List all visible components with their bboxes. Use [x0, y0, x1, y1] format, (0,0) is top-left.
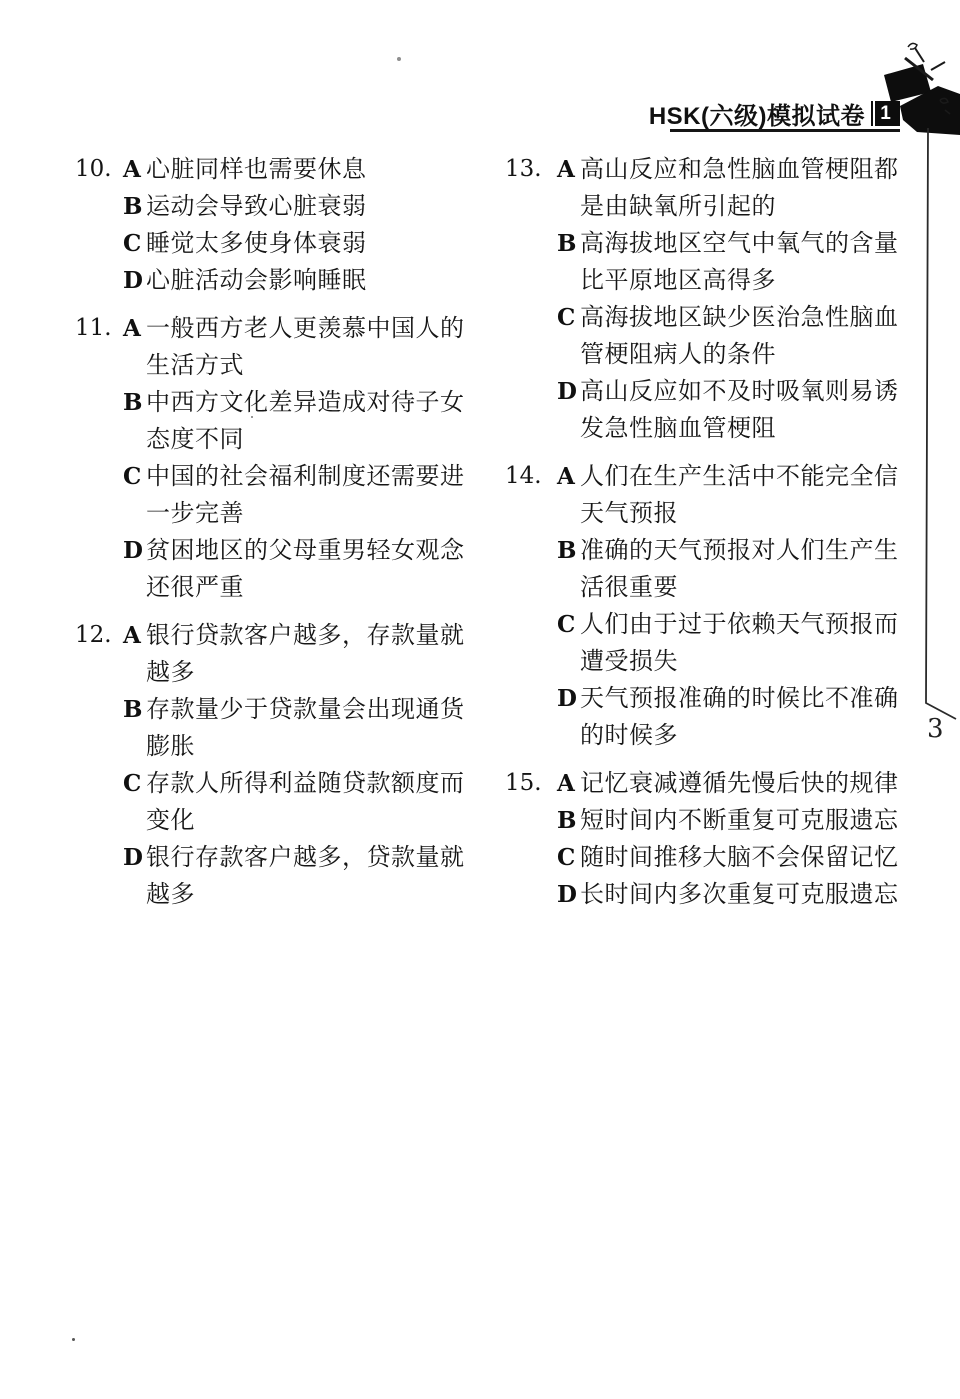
option-row: B高海拔地区空气中氧气的含量比平原地区高得多	[557, 225, 943, 299]
option-row: D银行存款客户越多，贷款量就越多	[123, 839, 490, 913]
option-text-line: 一般西方老人更羡慕中国人的	[146, 310, 465, 347]
option-text-line: 心脏同样也需要休息	[146, 151, 367, 188]
option-row: D长时间内多次重复可克服遗忘	[557, 876, 943, 913]
option-text-line: 天气预报	[580, 495, 899, 532]
option-text-line: 心脏活动会影响睡眠	[146, 262, 367, 299]
option-row: C存款人所得利益随贷款额度而变化	[123, 765, 490, 839]
option-letter: A	[123, 617, 146, 654]
option-text: 存款量少于贷款量会出现通货膨胀	[146, 691, 465, 765]
scan-speck	[72, 1338, 75, 1341]
option-row: D贫困地区的父母重男轻女观念还很严重	[123, 532, 490, 606]
option-letter: B	[557, 802, 580, 839]
options-list: A一般西方老人更羡慕中国人的生活方式B中西方文化差异造成对待子女态度不同C中国的…	[123, 310, 490, 606]
question-number: 11.	[75, 310, 123, 347]
question-block: 14.A人们在生产生活中不能完全信天气预报B准确的天气预报对人们生产生活很重要C…	[505, 458, 943, 754]
option-letter: D	[557, 876, 580, 913]
option-text: 睡觉太多使身体衰弱	[146, 225, 367, 262]
question-column-right: 13.A高山反应和急性脑血管梗阻都是由缺氧所引起的B高海拔地区空气中氧气的含量比…	[505, 151, 943, 924]
option-text: 天气预报准确的时候比不准确的时候多	[580, 680, 899, 754]
option-text: 随时间推移大脑不会保留记忆	[580, 839, 899, 876]
option-row: A高山反应和急性脑血管梗阻都是由缺氧所引起的	[557, 151, 943, 225]
option-letter: B	[557, 532, 580, 569]
option-text: 中西方文化差异造成对待子女态度不同	[146, 384, 465, 458]
option-row: B短时间内不断重复可克服遗忘	[557, 802, 943, 839]
option-letter: A	[557, 151, 580, 188]
option-text: 心脏活动会影响睡眠	[146, 262, 367, 299]
option-text-line: 中国的社会福利制度还需要进	[146, 458, 465, 495]
option-text-line: 天气预报准确的时候比不准确	[580, 680, 899, 717]
option-text: 人们由于过于依赖天气预报而遭受损失	[580, 606, 899, 680]
question-block: 12.A银行贷款客户越多，存款量就越多B存款量少于贷款量会出现通货膨胀C存款人所…	[75, 617, 490, 913]
option-letter: A	[123, 151, 146, 188]
options-list: A记忆衰减遵循先慢后快的规律B短时间内不断重复可克服遗忘C随时间推移大脑不会保留…	[557, 765, 943, 913]
option-text: 运动会导致心脏衰弱	[146, 188, 367, 225]
option-text-line: 运动会导致心脏衰弱	[146, 188, 367, 225]
option-letter: B	[123, 691, 146, 728]
option-row: A银行贷款客户越多，存款量就越多	[123, 617, 490, 691]
option-row: C人们由于过于依赖天气预报而遭受损失	[557, 606, 943, 680]
option-text-line: 态度不同	[146, 421, 465, 458]
option-row: A心脏同样也需要休息	[123, 151, 490, 188]
option-text-line: 随时间推移大脑不会保留记忆	[580, 839, 899, 876]
option-text: 准确的天气预报对人们生产生活很重要	[580, 532, 899, 606]
option-row: C高海拔地区缺少医治急性脑血管梗阻病人的条件	[557, 299, 943, 373]
option-text: 记忆衰减遵循先慢后快的规律	[580, 765, 899, 802]
option-row: B运动会导致心脏衰弱	[123, 188, 490, 225]
option-row: A记忆衰减遵循先慢后快的规律	[557, 765, 943, 802]
option-text-line: 高山反应和急性脑血管梗阻都	[580, 151, 899, 188]
page-title: HSK(六级)模拟试卷	[649, 96, 865, 131]
option-text-line: 变化	[146, 802, 465, 839]
option-text-line: 长时间内多次重复可克服遗忘	[580, 876, 899, 913]
question-block: 10.A心脏同样也需要休息B运动会导致心脏衰弱C睡觉太多使身体衰弱D心脏活动会影…	[75, 151, 490, 299]
question-column-left: 10.A心脏同样也需要休息B运动会导致心脏衰弱C睡觉太多使身体衰弱D心脏活动会影…	[75, 151, 490, 924]
option-text-line: 遭受损失	[580, 643, 899, 680]
option-text: 高海拔地区缺少医治急性脑血管梗阻病人的条件	[580, 299, 899, 373]
option-letter: D	[557, 680, 580, 717]
question-number: 14.	[505, 458, 557, 495]
option-text-line: 管梗阻病人的条件	[580, 336, 899, 373]
option-text: 高山反应如不及时吸氧则易诱发急性脑血管梗阻	[580, 373, 899, 447]
option-text-line: 发急性脑血管梗阻	[580, 410, 899, 447]
option-letter: C	[123, 765, 146, 802]
option-letter: A	[123, 310, 146, 347]
option-text-line: 银行贷款客户越多，存款量就	[146, 617, 465, 654]
options-list: A银行贷款客户越多，存款量就越多B存款量少于贷款量会出现通货膨胀C存款人所得利益…	[123, 617, 490, 913]
option-letter: C	[557, 839, 580, 876]
option-text: 银行贷款客户越多，存款量就越多	[146, 617, 465, 691]
option-row: B存款量少于贷款量会出现通货膨胀	[123, 691, 490, 765]
question-number: 13.	[505, 151, 557, 188]
option-text-line: 高海拔地区空气中氧气的含量	[580, 225, 899, 262]
option-row: D心脏活动会影响睡眠	[123, 262, 490, 299]
option-text: 短时间内不断重复可克服遗忘	[580, 802, 899, 839]
option-text-line: 生活方式	[146, 347, 465, 384]
options-list: A高山反应和急性脑血管梗阻都是由缺氧所引起的B高海拔地区空气中氧气的含量比平原地…	[557, 151, 943, 447]
option-text-line: 的时候多	[580, 717, 899, 754]
option-letter: A	[557, 765, 580, 802]
question-block: 15.A记忆衰减遵循先慢后快的规律B短时间内不断重复可克服遗忘C随时间推移大脑不…	[505, 765, 943, 913]
option-text-line: 贫困地区的父母重男轻女观念	[146, 532, 465, 569]
option-text-line: 人们在生产生活中不能完全信	[580, 458, 899, 495]
option-letter: B	[123, 188, 146, 225]
question-block: 13.A高山反应和急性脑血管梗阻都是由缺氧所引起的B高海拔地区空气中氧气的含量比…	[505, 151, 943, 447]
option-text-line: 中西方文化差异造成对待子女	[146, 384, 465, 421]
option-letter: C	[123, 458, 146, 495]
scan-speck	[397, 57, 401, 61]
option-text-line: 记忆衰减遵循先慢后快的规律	[580, 765, 899, 802]
option-text-line: 银行存款客户越多，贷款量就	[146, 839, 465, 876]
option-letter: D	[123, 532, 146, 569]
option-letter: C	[557, 606, 580, 643]
option-text-line: 比平原地区高得多	[580, 262, 899, 299]
option-text: 高海拔地区空气中氧气的含量比平原地区高得多	[580, 225, 899, 299]
question-block: 11.A一般西方老人更羡慕中国人的生活方式B中西方文化差异造成对待子女态度不同C…	[75, 310, 490, 606]
option-row: A一般西方老人更羡慕中国人的生活方式	[123, 310, 490, 384]
option-letter: D	[557, 373, 580, 410]
option-row: A人们在生产生活中不能完全信天气预报	[557, 458, 943, 532]
option-text-line: 活很重要	[580, 569, 899, 606]
option-text: 贫困地区的父母重男轻女观念还很严重	[146, 532, 465, 606]
option-text-line: 越多	[146, 654, 465, 691]
option-row: C随时间推移大脑不会保留记忆	[557, 839, 943, 876]
option-text: 心脏同样也需要休息	[146, 151, 367, 188]
option-letter: B	[123, 384, 146, 421]
option-text-line: 是由缺氧所引起的	[580, 188, 899, 225]
option-letter: C	[123, 225, 146, 262]
option-text-line: 睡觉太多使身体衰弱	[146, 225, 367, 262]
option-text-line: 膨胀	[146, 728, 465, 765]
option-text-line: 人们由于过于依赖天气预报而	[580, 606, 899, 643]
option-row: C睡觉太多使身体衰弱	[123, 225, 490, 262]
question-number: 10.	[75, 151, 123, 188]
option-text-line: 准确的天气预报对人们生产生	[580, 532, 899, 569]
options-list: A人们在生产生活中不能完全信天气预报B准确的天气预报对人们生产生活很重要C人们由…	[557, 458, 943, 754]
option-text-line: 短时间内不断重复可克服遗忘	[580, 802, 899, 839]
option-letter: A	[557, 458, 580, 495]
option-letter: C	[557, 299, 580, 336]
option-row: D高山反应如不及时吸氧则易诱发急性脑血管梗阻	[557, 373, 943, 447]
option-row: D天气预报准确的时候比不准确的时候多	[557, 680, 943, 754]
option-text: 人们在生产生活中不能完全信天气预报	[580, 458, 899, 532]
option-text-line: 高海拔地区缺少医治急性脑血	[580, 299, 899, 336]
option-text-line: 存款人所得利益随贷款额度而	[146, 765, 465, 802]
scan-speck	[221, 863, 224, 866]
options-list: A心脏同样也需要休息B运动会导致心脏衰弱C睡觉太多使身体衰弱D心脏活动会影响睡眠	[123, 151, 490, 299]
option-text: 高山反应和急性脑血管梗阻都是由缺氧所引起的	[580, 151, 899, 225]
option-letter: D	[123, 262, 146, 299]
option-text: 银行存款客户越多，贷款量就越多	[146, 839, 465, 913]
option-row: C中国的社会福利制度还需要进一步完善	[123, 458, 490, 532]
question-number: 12.	[75, 617, 123, 654]
option-text: 一般西方老人更羡慕中国人的生活方式	[146, 310, 465, 384]
option-letter: D	[123, 839, 146, 876]
option-text-line: 高山反应如不及时吸氧则易诱	[580, 373, 899, 410]
option-text: 中国的社会福利制度还需要进一步完善	[146, 458, 465, 532]
scan-speck	[251, 416, 253, 418]
option-text-line: 还很严重	[146, 569, 465, 606]
option-text: 存款人所得利益随贷款额度而变化	[146, 765, 465, 839]
option-text-line: 一步完善	[146, 495, 465, 532]
option-letter: B	[557, 225, 580, 262]
option-row: B中西方文化差异造成对待子女态度不同	[123, 384, 490, 458]
exam-page: HSK(六级)模拟试卷 1 3 10.A心脏同样也需要休息B运动会导致心脏衰弱C…	[0, 0, 960, 1399]
option-text-line: 存款量少于贷款量会出现通货	[146, 691, 465, 728]
question-number: 15.	[505, 765, 557, 802]
option-row: B准确的天气预报对人们生产生活很重要	[557, 532, 943, 606]
option-text: 长时间内多次重复可克服遗忘	[580, 876, 899, 913]
option-text-line: 越多	[146, 876, 465, 913]
